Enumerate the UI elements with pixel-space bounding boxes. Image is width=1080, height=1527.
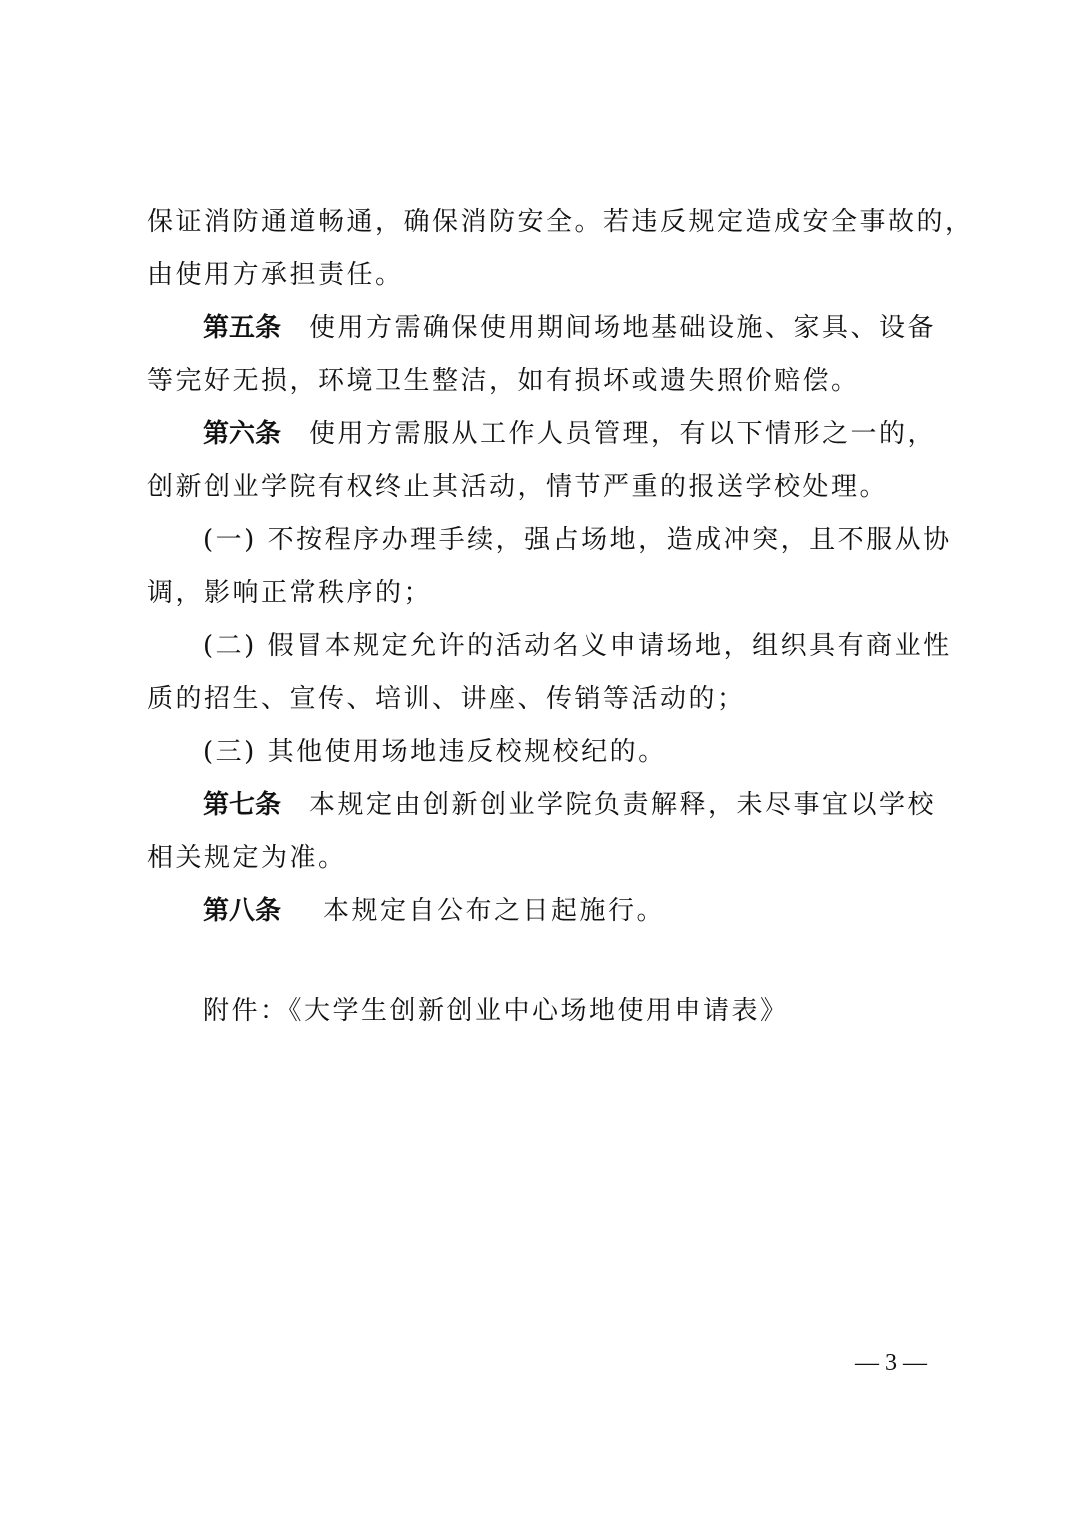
text-line: 假冒本规定允许的活动名义申请场地，组织具有商业性: [268, 631, 952, 661]
text-line: 创新创业学院有权终止其活动，情节严重的报送学校处理。: [147, 461, 947, 514]
list-item-two: (二) 假冒本规定允许的活动名义申请场地，组织具有商业性: [147, 620, 947, 673]
page-number: — 3 —: [855, 1345, 927, 1381]
article-five: 第五条使用方需确保使用期间场地基础设施、家具、设备: [147, 302, 947, 355]
article-title: 第八条: [203, 896, 281, 926]
article-title: 第五条: [203, 313, 281, 343]
list-item-one: (一) 不按程序办理手续，强占场地，造成冲突，且不服从协: [147, 514, 947, 567]
text-line: 等完好无损，环境卫生整洁，如有损坏或遗失照价赔偿。: [147, 355, 947, 408]
text-line: 其他使用场地违反校规校纪的。: [268, 737, 667, 767]
attachment-note: 附件：《大学生创新创业中心场地使用申请表》: [203, 985, 789, 1038]
text-line: 使用方需服从工作人员管理，有以下情形之一的，: [309, 419, 936, 449]
text-line: 质的招生、宣传、培训、讲座、传销等活动的；: [147, 673, 947, 726]
document-body: 保证消防通道畅通，确保消防安全。若违反规定造成安全事故的， 由使用方承担责任。 …: [147, 196, 947, 938]
list-marker: (三): [203, 737, 257, 767]
text-line: 本规定自公布之日起施行。: [323, 896, 665, 926]
article-title: 第六条: [203, 419, 281, 449]
article-eight: 第八条本规定自公布之日起施行。: [147, 885, 947, 938]
list-marker: (二): [203, 631, 257, 661]
list-marker: (一): [203, 525, 257, 555]
article-seven: 第七条本规定由创新创业学院负责解释，未尽事宜以学校: [147, 779, 947, 832]
text-line: 保证消防通道畅通，确保消防安全。若违反规定造成安全事故的，: [147, 196, 947, 249]
article-six: 第六条使用方需服从工作人员管理，有以下情形之一的，: [147, 408, 947, 461]
text-line: 相关规定为准。: [147, 832, 947, 885]
text-line: 调，影响正常秩序的；: [147, 567, 947, 620]
text-line: 使用方需确保使用期间场地基础设施、家具、设备: [309, 313, 936, 343]
text-line: 不按程序办理手续，强占场地，造成冲突，且不服从协: [268, 525, 952, 555]
text-line: 由使用方承担责任。: [147, 249, 947, 302]
list-item-three: (三) 其他使用场地违反校规校纪的。: [147, 726, 947, 779]
text-line: 本规定由创新创业学院负责解释，未尽事宜以学校: [309, 790, 936, 820]
article-title: 第七条: [203, 790, 281, 820]
